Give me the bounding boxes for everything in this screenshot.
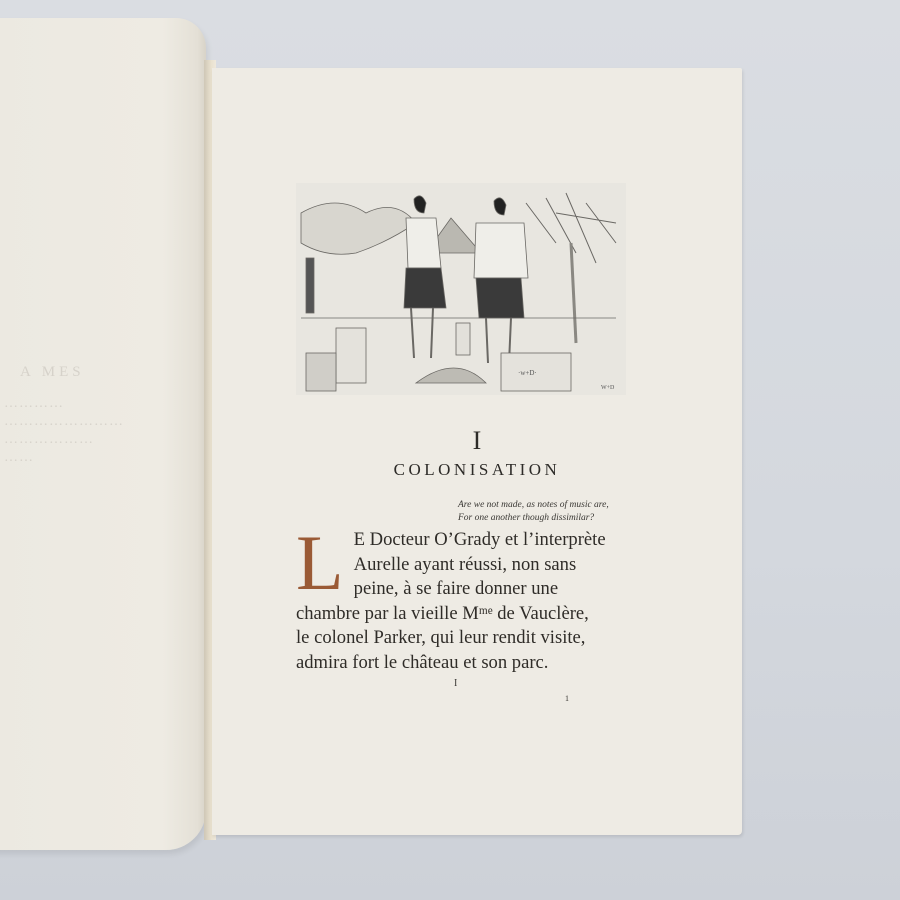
left-page: A MES ………… …………………… ……………… …… (0, 18, 206, 850)
ghost-line: …………………… (4, 413, 194, 431)
drop-cap: L (296, 532, 344, 600)
ghost-line: ……………… (4, 431, 194, 449)
body-line: chambre par la vieille Mᵐᵉ de Vauclère, (296, 602, 612, 627)
right-page: ·w+D· W+D I COLONISATION Are we not made… (212, 68, 742, 835)
epigraph-line: Are we not made, as notes of music are, (458, 499, 609, 512)
ghost-line: ………… (4, 395, 194, 413)
epigraph-line: For one another though dissimilar? (458, 512, 609, 525)
etching-illustration: ·w+D· W+D (296, 183, 626, 395)
show-through-text: A MES ………… …………………… ……………… …… (4, 363, 194, 467)
body-line: admira fort le château et son parc. (296, 651, 612, 676)
chapter-numeral: I (212, 426, 742, 456)
epigraph: Are we not made, as notes of music are, … (458, 499, 609, 525)
page-number: 1 (565, 694, 569, 703)
crate-mark: ·w+D· (518, 369, 537, 377)
body-line: le colonel Parker, qui leur rendit visit… (296, 626, 612, 651)
ghost-heading: A MES (4, 363, 194, 381)
body-paragraph: L E Docteur O’Grady et l’interprète Aure… (296, 528, 612, 675)
soldiers-etching-icon: ·w+D· W+D (296, 183, 626, 395)
chapter-title: COLONISATION (212, 460, 742, 480)
folio-signature: I (454, 678, 457, 689)
artist-signature: W+D (601, 385, 615, 391)
ghost-line: …… (4, 449, 194, 467)
